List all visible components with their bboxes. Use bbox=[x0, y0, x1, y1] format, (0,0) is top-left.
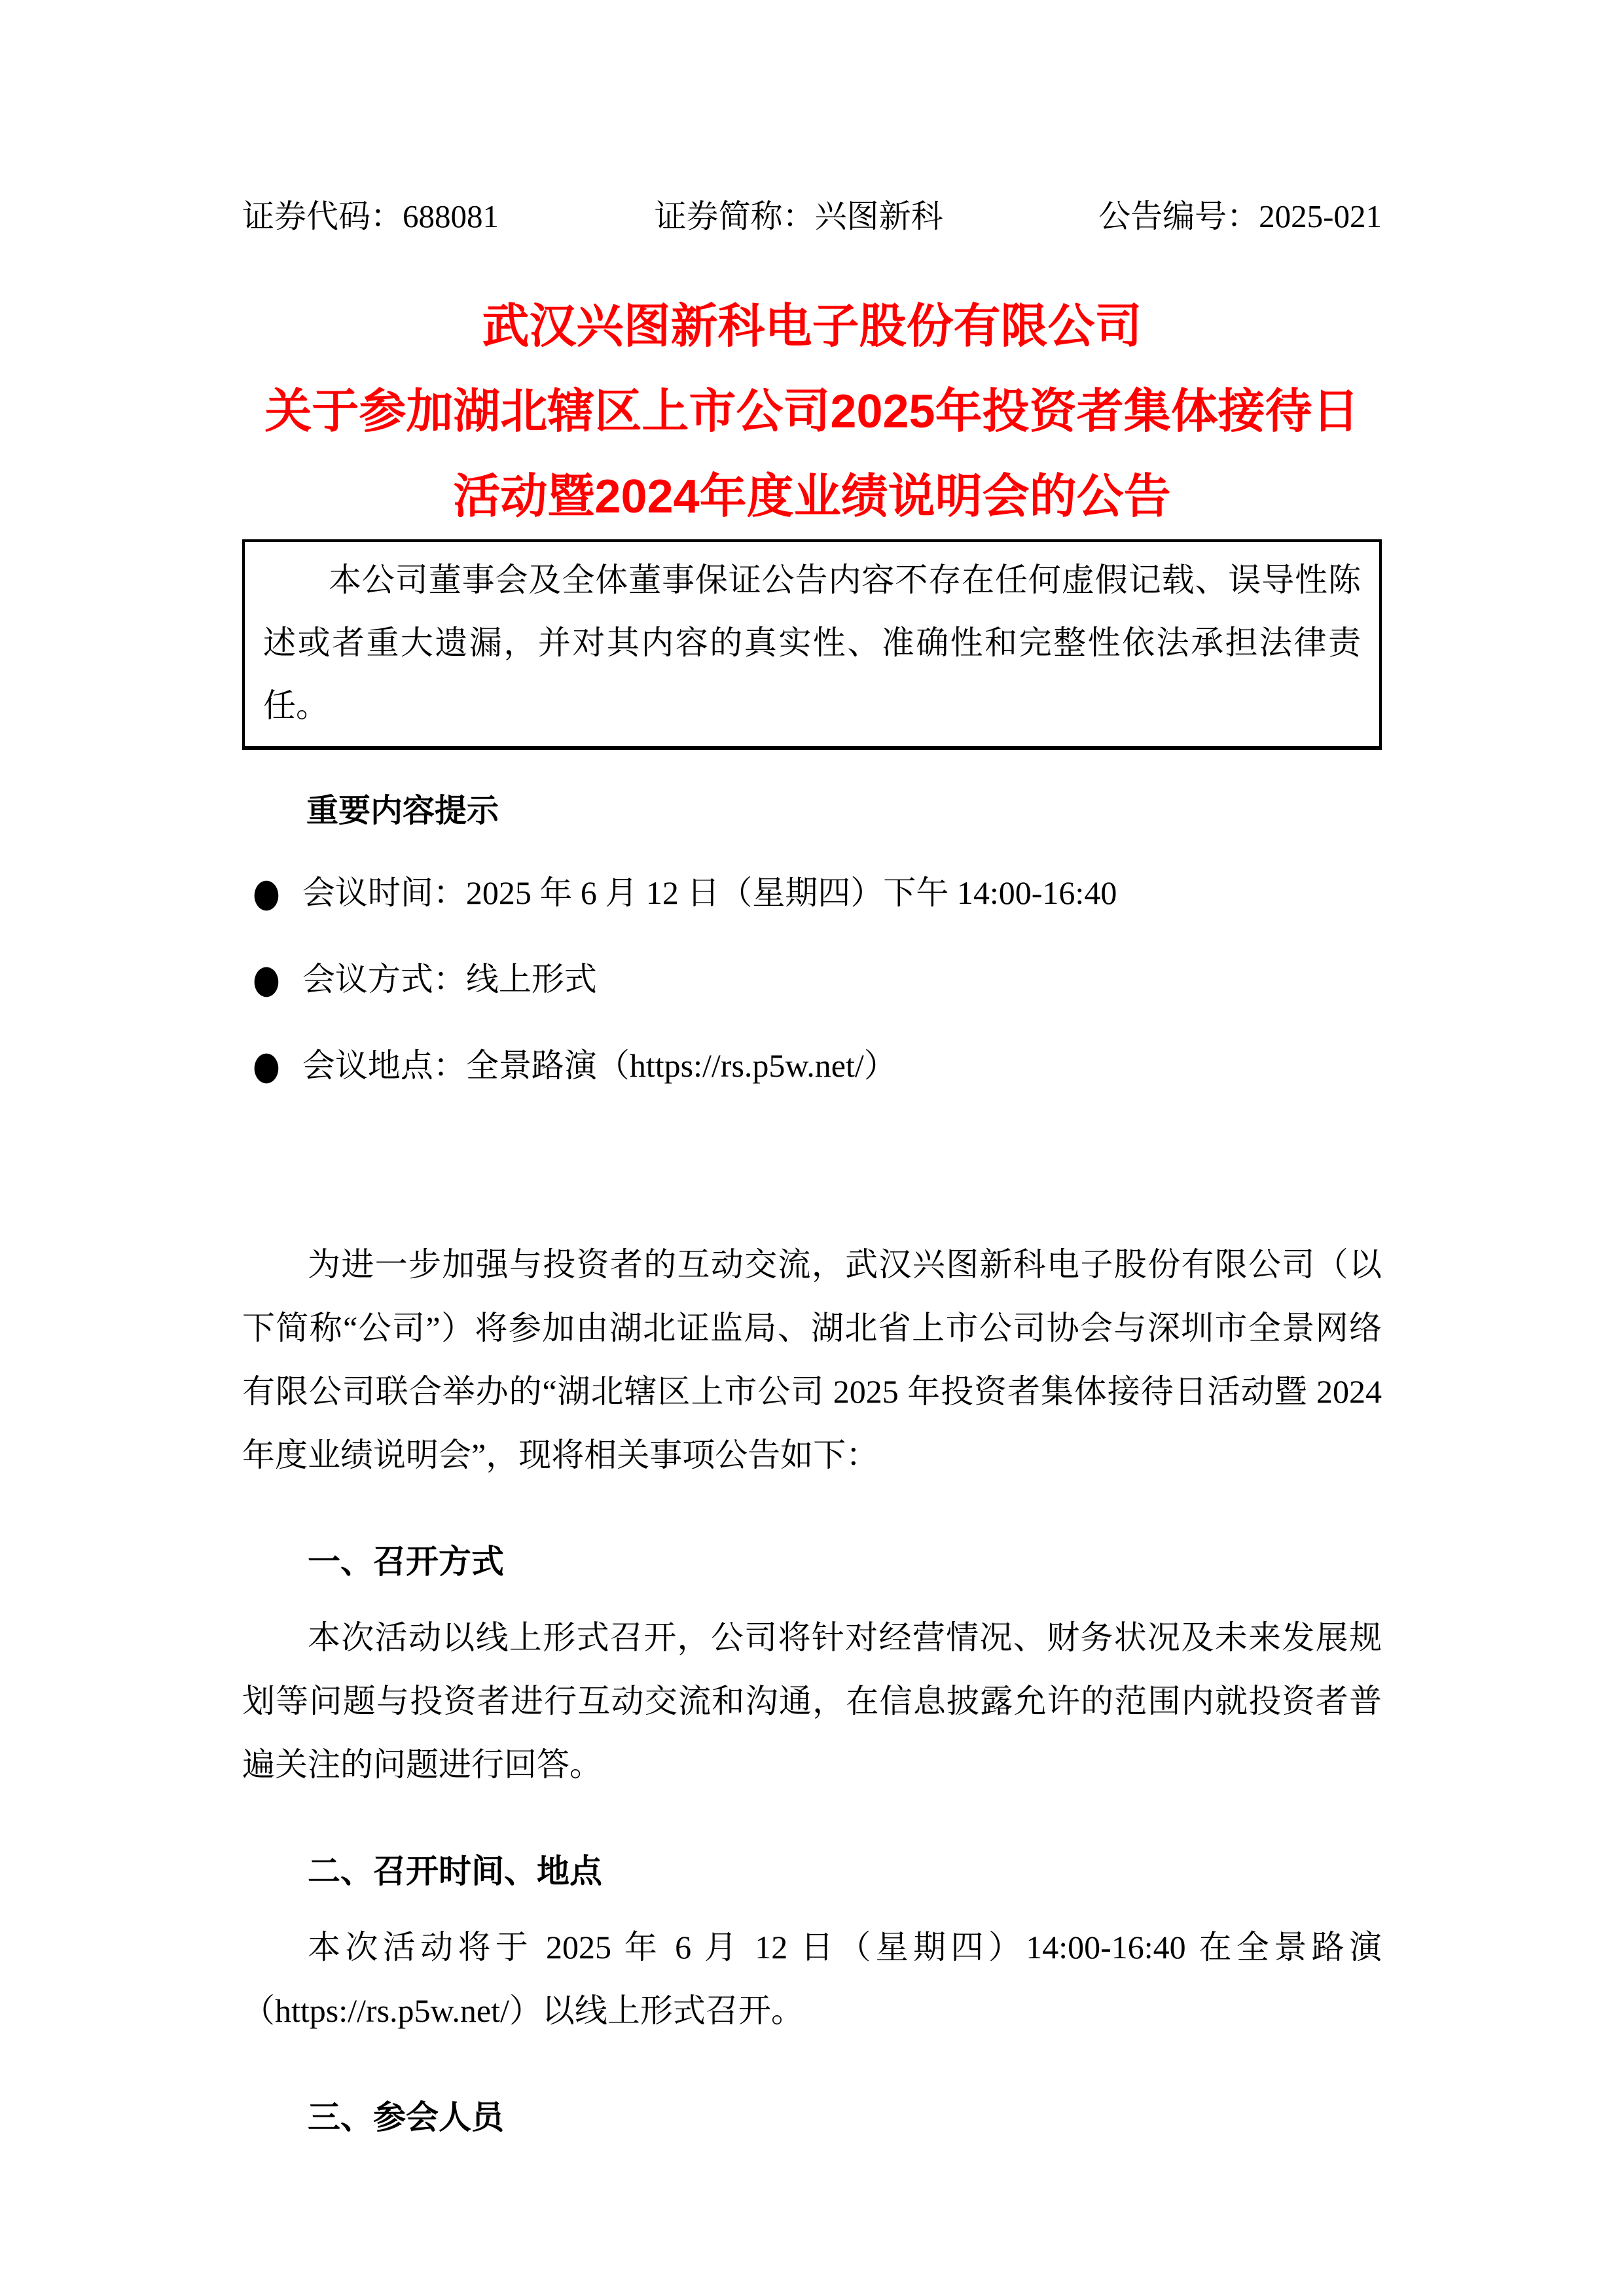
section-3-heading: 三、参会人员 bbox=[242, 2096, 1382, 2138]
document-title-line-1: 武汉兴图新科电子股份有限公司 bbox=[242, 284, 1382, 369]
section-2-heading: 二、召开时间、地点 bbox=[242, 1850, 1382, 1892]
announcement-number-label: 公告编号：2025-021 bbox=[1098, 196, 1382, 237]
important-notice-heading: 重要内容提示 bbox=[242, 791, 1382, 831]
list-item: ● 会议地点：全景路演（https://rs.p5w.net/） bbox=[242, 1022, 1382, 1109]
announcement-page: 证券代码：688081 证券简称：兴图新科 公告编号：2025-021 武汉兴图… bbox=[0, 0, 1624, 2296]
disclaimer-text: 本公司董事会及全体董事保证公告内容不存在任何虚假记载、误导性陈述或者重大遗漏，并… bbox=[263, 548, 1361, 737]
intro-paragraph: 为进一步加强与投资者的互动交流，武汉兴图新科电子股份有限公司（以下简称“公司”）… bbox=[242, 1233, 1382, 1487]
list-item: ● 会议时间：2025 年 6 月 12 日（星期四）下午 14:00-16:4… bbox=[242, 850, 1382, 936]
document-title-line-3: 活动暨2024年度业绩说明会的公告 bbox=[242, 454, 1382, 539]
stock-code-label: 证券代码：688081 bbox=[242, 196, 499, 237]
section-1-heading: 一、召开方式 bbox=[242, 1541, 1382, 1583]
disclaimer-box: 本公司董事会及全体董事保证公告内容不存在任何虚假记载、误导性陈述或者重大遗漏，并… bbox=[242, 539, 1382, 750]
meeting-location-text: 会议地点：全景路演（https://rs.p5w.net/） bbox=[302, 1022, 897, 1109]
document-title: 武汉兴图新科电子股份有限公司 关于参加湖北辖区上市公司2025年投资者集体接待日… bbox=[242, 284, 1382, 539]
section-1-paragraph: 本次活动以线上形式召开，公司将针对经营情况、财务状况及未来发展规划等问题与投资者… bbox=[242, 1606, 1382, 1797]
section-2-paragraph: 本次活动将于 2025 年 6 月 12 日（星期四）14:00-16:40 在… bbox=[242, 1916, 1382, 2043]
stock-name-label: 证券简称：兴图新科 bbox=[655, 196, 943, 237]
important-notice-list: ● 会议时间：2025 年 6 月 12 日（星期四）下午 14:00-16:4… bbox=[242, 850, 1382, 1109]
meeting-mode-text: 会议方式：线上形式 bbox=[302, 936, 597, 1022]
meeting-time-text: 会议时间：2025 年 6 月 12 日（星期四）下午 14:00-16:40 bbox=[302, 850, 1117, 936]
document-title-line-2: 关于参加湖北辖区上市公司2025年投资者集体接待日 bbox=[242, 369, 1382, 454]
list-item: ● 会议方式：线上形式 bbox=[242, 936, 1382, 1022]
bullet-icon: ● bbox=[253, 1012, 280, 1120]
document-header-row: 证券代码：688081 证券简称：兴图新科 公告编号：2025-021 bbox=[242, 196, 1382, 237]
